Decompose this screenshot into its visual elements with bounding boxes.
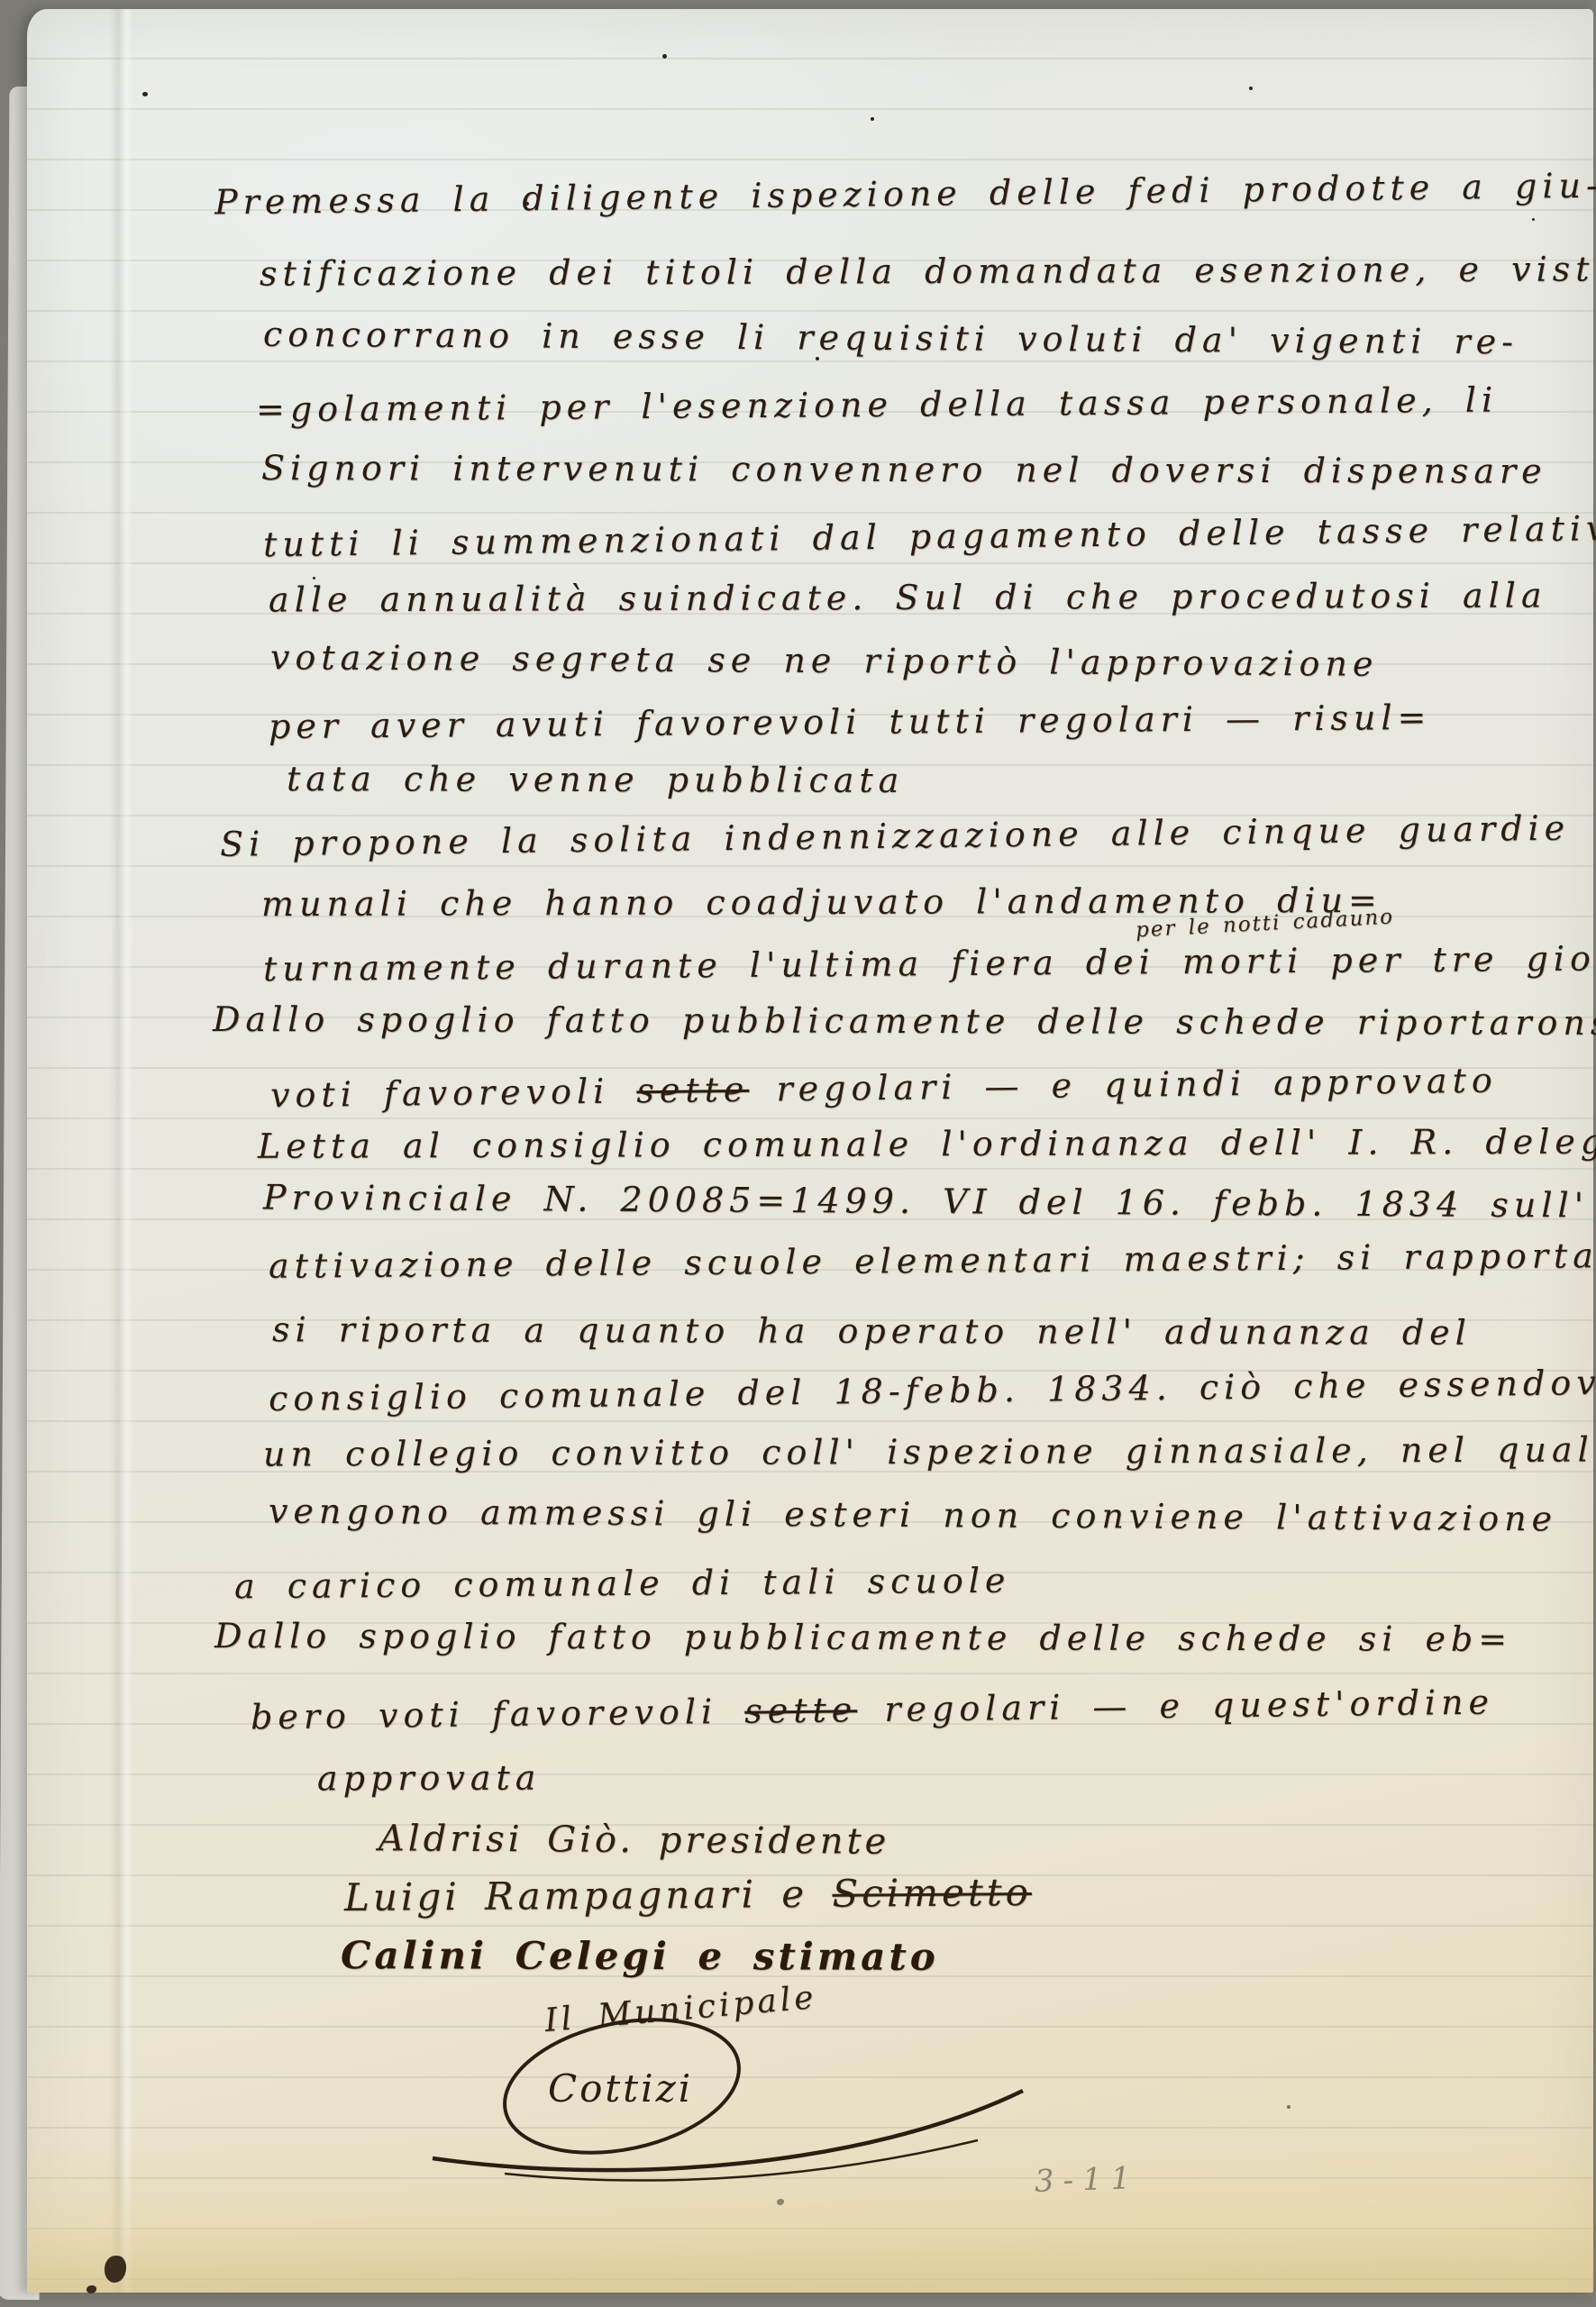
ink-speck: [142, 92, 148, 96]
signature-line: Luigi Rampagnari e Scimetto: [344, 1874, 1032, 1917]
manuscript-line: concorrano in esse li requisiti voluti d…: [263, 317, 1518, 360]
manuscript-line: voti favorevoli sette regolari — e quind…: [270, 1063, 1498, 1113]
manuscript-text-layer: Premessa la diligente ispezione delle fe…: [0, 0, 1596, 2307]
manuscript-line: un collegio convitto coll' ispezione gin…: [263, 1432, 1594, 1471]
manuscript-line: vengono ammessi gli esteri non conviene …: [269, 1494, 1557, 1536]
manuscript-line: approvata: [317, 1761, 542, 1796]
manuscript-line: consiglio comunale del 18-febb. 1834. ci…: [269, 1365, 1596, 1416]
manuscript-line: si riporta a quanto ha operato nell' adu…: [272, 1312, 1472, 1349]
manuscript-line: tutti li summenzionati dal pagamento del…: [263, 511, 1596, 562]
ink-speck: [313, 577, 315, 579]
manuscript-line: Letta al consiglio comunale l'ordinanza …: [258, 1124, 1596, 1163]
ink-speck: [1249, 87, 1253, 90]
manuscript-line: Provinciale N. 20085=1499. VI del 16. fe…: [263, 1181, 1589, 1223]
manuscript-line: stificazione dei titoli della domandata …: [260, 251, 1596, 290]
ink-speck: [662, 54, 667, 59]
text-before: Luigi Rampagnari e: [344, 1872, 833, 1919]
manuscript-line: Dallo spoglio fatto pubblicamente delle …: [213, 1002, 1596, 1040]
manuscript-line: tata che venne pubblicata: [287, 761, 904, 798]
ink-speck: [871, 117, 874, 121]
manuscript-line: attivazione delle scuole elementari maes…: [269, 1238, 1596, 1283]
text-before: voti favorevoli: [270, 1071, 637, 1115]
manuscript-line: =golamenti per l'esenzione della tassa p…: [256, 383, 1498, 427]
manuscript-line: alle annualità suindicate. Sul di che pr…: [269, 579, 1547, 617]
manuscript-line: votazione segreta se ne riportò l'approv…: [270, 640, 1379, 681]
text-after: regolari — e quindi approvato: [749, 1061, 1498, 1109]
ink-speck: [1287, 2105, 1290, 2109]
manuscript-line: a carico comunale di tali scuole: [234, 1564, 1011, 1604]
manuscript-line: Dallo spoglio fatto pubblicamente delle …: [214, 1619, 1512, 1656]
signature-line: Aldrisi Giò. presidente: [378, 1820, 890, 1859]
manuscript-line: Si propone la solita indennizzazione all…: [220, 809, 1596, 862]
struck-word: Scimetto: [832, 1870, 1032, 1916]
manuscript-line: Premessa la diligente ispezione delle fe…: [214, 169, 1596, 220]
manuscript-line: turnamente durante l'ultima fiera dei mo…: [263, 941, 1596, 986]
signature-underline-flourish: [433, 2091, 1023, 2170]
ink-speck: [816, 357, 819, 360]
ink-speck: [1532, 218, 1535, 221]
clerk-signature-flourish: Cottizi: [397, 1965, 1045, 2190]
signature-underline-flourish-2: [505, 2140, 978, 2181]
clerk-name: Cottizi: [548, 2066, 693, 2111]
text-after: regolari — e quest'ordine: [857, 1682, 1494, 1730]
manuscript-line: bero voti favorevoli sette regolari — e …: [251, 1685, 1494, 1735]
struck-word: sette: [636, 1070, 750, 1111]
manuscript-line: per aver avuti favorevoli tutti regolari…: [269, 700, 1432, 743]
struck-word: sette: [744, 1690, 858, 1731]
manuscript-line: Signori intervenuti convennero nel dover…: [261, 451, 1547, 488]
pencil-note: 3-11: [1034, 2163, 1140, 2197]
ink-speck: [525, 202, 529, 205]
text-before: bero voti favorevoli: [251, 1691, 745, 1737]
